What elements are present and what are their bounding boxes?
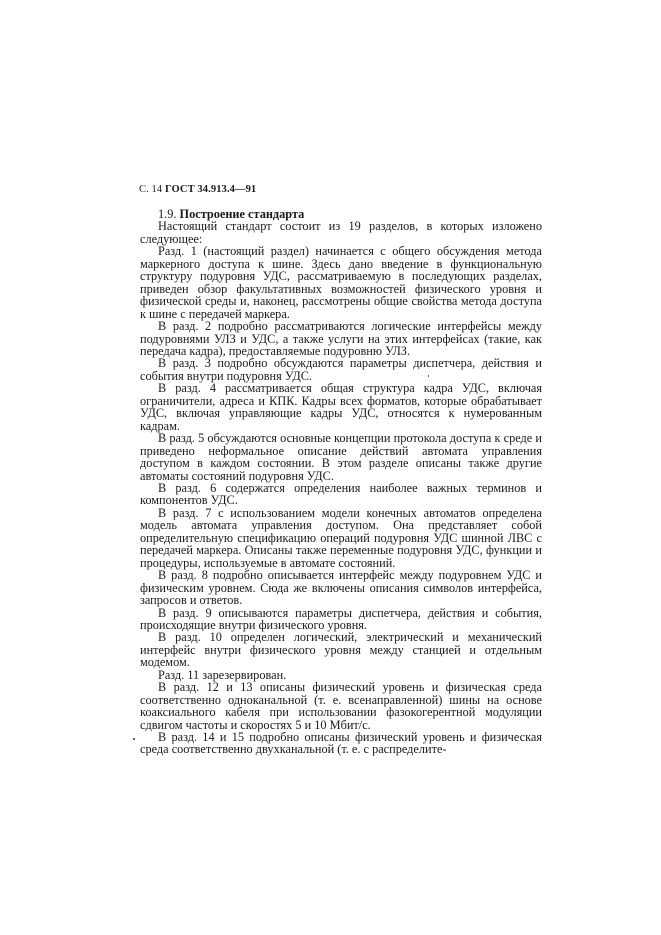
paragraph-section-7: В разд. 7 с использованием модели конечн…	[140, 507, 542, 569]
paragraph-section-5: В разд. 5 обсуждаются основные концепции…	[140, 432, 542, 482]
page-number: С. 14	[139, 184, 162, 195]
paragraph-section-9: В разд. 9 описываются параметры диспетче…	[140, 607, 542, 632]
paragraph-section-10: В разд. 10 определен логический, электри…	[140, 631, 542, 668]
scan-mark	[428, 375, 429, 377]
standard-id: ГОСТ 34.913.4—91	[165, 184, 256, 195]
scan-speck	[133, 738, 135, 740]
paragraph-intro: Настоящий стандарт состоит из 19 раздело…	[140, 220, 542, 245]
paragraph-section-4: В разд. 4 рассматривается общая структур…	[140, 382, 542, 432]
paragraph-section-3: В разд. 3 подробно обсуждаются параметры…	[140, 357, 542, 382]
paragraph-section-2: В разд. 2 подробно рассматриваются логич…	[140, 320, 542, 357]
paragraph-section-6: В разд. 6 содержатся определения наиболе…	[140, 482, 542, 507]
paragraph-section-1: Разд. 1 (настоящий раздел) начинается с …	[140, 245, 542, 320]
document-body: 1.9. Построение стандарта Настоящий стан…	[140, 208, 542, 756]
paragraph-section-12-13: В разд. 12 и 13 описаны физический урове…	[140, 681, 542, 731]
page-header: С. 14 ГОСТ 34.913.4—91	[139, 184, 256, 195]
paragraph-section-14-15: В разд. 14 и 15 подробно описаны физичес…	[140, 731, 542, 756]
paragraph-section-8: В разд. 8 подробно описывается интерфейс…	[140, 569, 542, 606]
